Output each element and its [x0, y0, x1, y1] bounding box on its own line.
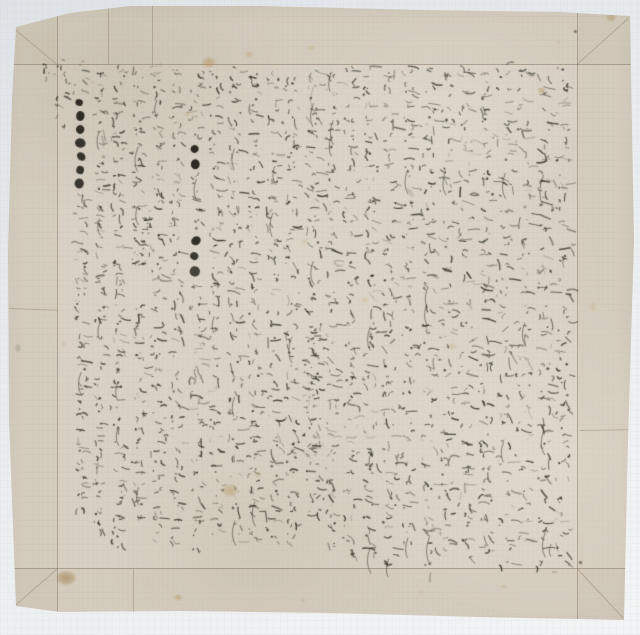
photo: [0, 0, 640, 635]
handwriting-ink-layer: [0, 0, 640, 635]
